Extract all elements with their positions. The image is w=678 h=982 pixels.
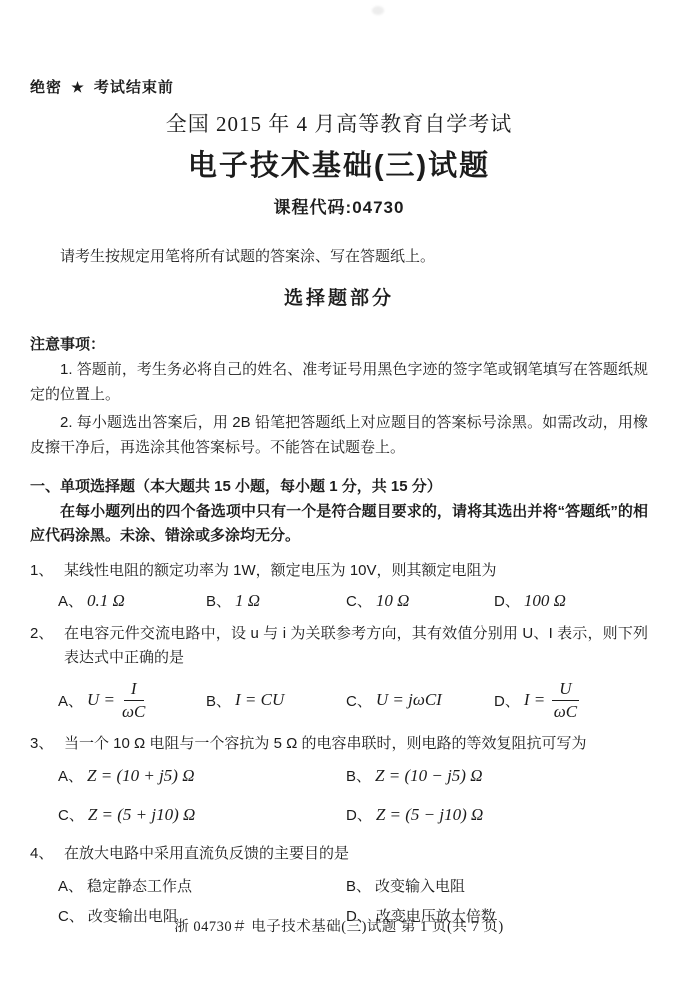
- option-label: C、: [346, 590, 372, 611]
- section-one-description: 在每小题列出的四个备选项中只有一个是符合题目要求的，请将其选出并将“答题纸”的相…: [30, 500, 648, 548]
- note-item-2: 2. 每小题选出答案后，用 2B 铅笔把答题纸上对应题目的答案标号涂黑。如需改动…: [30, 410, 648, 460]
- option-a: A、 0.1 Ω: [58, 590, 206, 611]
- fraction-denominator: ωC: [554, 701, 577, 722]
- option-formula: Z = (5 + j10) Ω: [88, 805, 196, 825]
- classification-label: 绝密: [30, 79, 62, 96]
- page-footer: 浙 04730＃ 电子技术基础(三)试题 第 1 页(共 7 页): [0, 915, 678, 936]
- question-3-options-row-2: C、 Z = (5 + j10) Ω D、 Z = (5 − j10) Ω: [30, 804, 648, 825]
- exam-timing-label: 考试结束前: [94, 79, 174, 96]
- option-formula: Z = (10 + j5) Ω: [87, 766, 195, 786]
- option-label: D、: [494, 590, 520, 611]
- option-a: A、 稳定静态工作点: [58, 875, 346, 896]
- option-text: 1 Ω: [235, 591, 260, 611]
- option-label: A、: [58, 765, 83, 786]
- section-part-title: 选择题部分: [30, 283, 648, 310]
- question-number: 3、: [30, 732, 64, 756]
- option-formula: U = jωCI: [376, 690, 442, 710]
- option-label: B、: [346, 765, 371, 786]
- option-formula: I = CU: [235, 690, 284, 710]
- option-label: A、: [58, 875, 83, 896]
- section-one-heading: 一、单项选择题（本大题共 15 小题，每小题 1 分，共 15 分）: [30, 475, 648, 499]
- option-label: D、: [346, 804, 372, 825]
- option-text: 0.1 Ω: [87, 591, 125, 611]
- fraction-denominator: ωC: [122, 701, 145, 722]
- option-label: A、: [58, 690, 83, 711]
- question-number: 2、: [30, 622, 64, 670]
- question-text: 在电容元件交流电路中，设 u 与 i 为关联参考方向，其有效值分别用 U、I 表…: [64, 622, 648, 670]
- exam-paper-page: 绝密 ★ 考试结束前 全国 2015 年 4 月高等教育自学考试 电子技术基础(…: [0, 0, 678, 982]
- fraction-numerator: U: [552, 679, 578, 701]
- option-b: B、 1 Ω: [206, 590, 346, 611]
- question-2: 2、 在电容元件交流电路中，设 u 与 i 为关联参考方向，其有效值分别用 U、…: [30, 622, 648, 721]
- option-c: C、 10 Ω: [346, 590, 494, 611]
- notes-heading: 注意事项：: [30, 333, 648, 354]
- option-formula-lhs: I =: [524, 690, 545, 710]
- question-3-options-row-1: A、 Z = (10 + j5) Ω B、 Z = (10 − j5) Ω: [30, 765, 648, 786]
- question-text: 当一个 10 Ω 电阻与一个容抗为 5 Ω 的电容串联时，则电路的等效复阻抗可写…: [64, 732, 648, 756]
- fraction: U ωC: [552, 679, 578, 721]
- question-1-options: A、 0.1 Ω B、 1 Ω C、 10 Ω D、 100 Ω: [30, 590, 648, 611]
- option-text: 稳定静态工作点: [87, 875, 192, 896]
- option-d: D、 100 Ω: [494, 590, 566, 611]
- option-label: C、: [346, 690, 372, 711]
- paper-title: 电子技术基础(三)试题: [30, 143, 648, 184]
- question-number: 1、: [30, 559, 64, 583]
- question-4-options-row-1: A、 稳定静态工作点 B、 改变输入电阻: [30, 875, 648, 896]
- option-label: B、: [206, 590, 231, 611]
- option-a: A、 Z = (10 + j5) Ω: [58, 765, 346, 786]
- option-b: B、 I = CU: [206, 690, 346, 711]
- option-label: D、: [494, 690, 520, 711]
- option-b: B、 改变输入电阻: [346, 875, 465, 896]
- option-label: B、: [346, 875, 371, 896]
- option-formula: Z = (10 − j5) Ω: [375, 766, 483, 786]
- option-c: C、 U = jωCI: [346, 690, 494, 711]
- fraction: I ωC: [122, 679, 145, 721]
- scan-artifact: [372, 6, 384, 15]
- question-3: 3、 当一个 10 Ω 电阻与一个容抗为 5 Ω 的电容串联时，则电路的等效复阻…: [30, 732, 648, 825]
- star-icon: ★: [67, 79, 89, 95]
- question-text: 在放大电路中采用直流负反馈的主要目的是: [64, 842, 648, 866]
- question-1: 1、 某线性电阻的额定功率为 1W，额定电压为 10V，则其额定电阻为 A、 0…: [30, 559, 648, 611]
- option-formula: Z = (5 − j10) Ω: [376, 805, 484, 825]
- option-d: D、 I = U ωC: [494, 679, 579, 721]
- question-number: 4、: [30, 842, 64, 866]
- question-4: 4、 在放大电路中采用直流负反馈的主要目的是 A、 稳定静态工作点 B、 改变输…: [30, 842, 648, 926]
- option-c: C、 Z = (5 + j10) Ω: [58, 804, 346, 825]
- classification-line: 绝密 ★ 考试结束前: [30, 76, 648, 97]
- option-text: 10 Ω: [376, 591, 410, 611]
- question-2-options: A、 U = I ωC B、 I = CU C、 U = jωCI D、: [30, 679, 648, 721]
- option-text: 100 Ω: [524, 591, 566, 611]
- option-b: B、 Z = (10 − j5) Ω: [346, 765, 483, 786]
- fraction-numerator: I: [124, 679, 144, 701]
- question-text: 某线性电阻的额定功率为 1W，额定电压为 10V，则其额定电阻为: [64, 559, 648, 583]
- course-code: 课程代码:04730: [30, 193, 648, 218]
- option-text: 改变输入电阻: [375, 875, 465, 896]
- option-label: C、: [58, 804, 84, 825]
- option-d: D、 Z = (5 − j10) Ω: [346, 804, 483, 825]
- instruction-text: 请考生按规定用笔将所有试题的答案涂、写在答题纸上。: [30, 245, 648, 266]
- option-formula-lhs: U =: [87, 690, 115, 710]
- option-a: A、 U = I ωC: [58, 679, 206, 721]
- option-label: B、: [206, 690, 231, 711]
- option-label: A、: [58, 590, 83, 611]
- exam-title: 全国 2015 年 4 月高等教育自学考试: [30, 108, 648, 138]
- note-item-1: 1. 答题前，考生务必将自己的姓名、准考证号用黑色字迹的签字笔或钢笔填写在答题纸…: [30, 357, 648, 407]
